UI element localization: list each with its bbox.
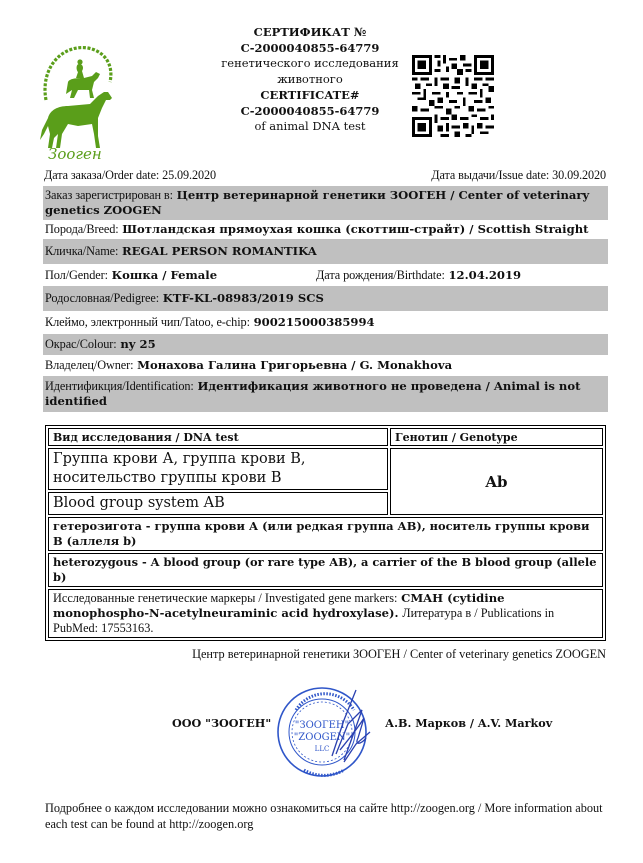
certificate-title-en: CERTIFICATE#: [205, 88, 415, 104]
birthdate-label: Дата рождения/Birthdate:: [316, 268, 445, 282]
colour-label: Окрас/Colour:: [45, 337, 117, 351]
qr-code: [412, 55, 494, 137]
name-value: REGAL PERSON ROMANTIKA: [122, 244, 317, 258]
pedigree-label: Родословная/Pedigree:: [45, 291, 159, 305]
gender: Пол/Gender: Кошка / Female: [45, 268, 217, 282]
order-date-label: Дата заказа/Order date:: [44, 168, 159, 182]
column-header-dna-test: Вид исследования / DNA test: [48, 428, 388, 446]
identification-label: Идентификция/Identification:: [45, 379, 194, 393]
result-en: heterozygous - A blood group (or rare ty…: [48, 553, 603, 587]
gender-value: Кошка / Female: [112, 268, 217, 282]
gender-label: Пол/Gender:: [45, 268, 108, 282]
registered-label: Заказ зарегистрирован в:: [45, 188, 173, 202]
qr-code-icon: [412, 55, 494, 137]
markers-label: Исследованные генетические маркеры / Inv…: [53, 591, 397, 605]
certificate-title-block: СЕРТИФИКАТ № C-2000040855-64779 генетиче…: [205, 25, 415, 135]
test-name-ru: Группа крови А, группа крови В, носитель…: [48, 448, 388, 490]
birthdate-value: 12.04.2019: [448, 268, 521, 282]
issue-date-label: Дата выдачи/Issue date:: [431, 168, 549, 182]
gene-markers: Исследованные генетические маркеры / Inv…: [48, 589, 603, 638]
table-row: гетерозигота - группа крови А (или редка…: [48, 517, 603, 551]
certificate-number-en: C-2000040855-64779: [205, 104, 415, 120]
issue-date-value: 30.09.2020: [552, 168, 606, 182]
center-name: Центр ветеринарной генетики ЗООГЕН / Cen…: [192, 647, 606, 662]
certificate-title-ru: СЕРТИФИКАТ №: [205, 25, 415, 41]
info-row-name: Кличка/Name: REGAL PERSON ROMANTIKA: [43, 239, 608, 264]
company-stamp-icon: "ЗООГЕН" "ZOOGEN" LLC: [274, 680, 380, 780]
certificate-number-ru: C-2000040855-64779: [205, 41, 415, 57]
name-label: Кличка/Name:: [45, 244, 118, 258]
zoogen-logo: Зоогeн: [32, 38, 124, 160]
order-date: Дата заказа/Order date: 25.09.2020: [44, 167, 216, 183]
animal-info: Заказ зарегистрирован в: Центр ветеринар…: [43, 186, 608, 412]
test-name-en: Blood group system AB: [48, 492, 388, 515]
company-stamp: "ЗООГЕН" "ZOOGEN" LLC: [274, 680, 380, 780]
breed-label: Порода/Breed:: [45, 222, 119, 236]
genotype-value: Ab: [390, 448, 603, 515]
certificate-subtitle-ru-1: генетического исследования: [205, 56, 415, 72]
order-date-value: 25.09.2020: [162, 168, 216, 182]
certificate-subtitle-ru-2: животного: [205, 72, 415, 88]
signer-name: А.В. Марков / A.V. Markov: [385, 716, 552, 730]
info-row-colour: Окрас/Colour: ny 25: [43, 334, 608, 355]
info-row-registered: Заказ зарегистрирован в: Центр ветеринар…: [43, 186, 608, 220]
result-ru: гетерозигота - группа крови А (или редка…: [48, 517, 603, 551]
svg-text:LLC: LLC: [315, 745, 330, 753]
breed-value: Шотландская прямоухая кошка (скоттиш-стр…: [122, 222, 588, 236]
table-row: heterozygous - A blood group (or rare ty…: [48, 553, 603, 587]
owner-value: Монахова Галина Григорьевна / G. Monakho…: [137, 358, 452, 372]
table-header-row: Вид исследования / DNA test Генотип / Ge…: [48, 428, 603, 446]
zoogen-horse-logo-icon: Зоогeн: [32, 38, 124, 160]
column-header-genotype: Генотип / Genotype: [390, 428, 603, 446]
issue-date: Дата выдачи/Issue date: 30.09.2020: [431, 167, 606, 183]
svg-text:Зоогeн: Зоогeн: [48, 145, 102, 160]
table-row: Группа крови А, группа крови В, носитель…: [48, 448, 603, 490]
info-row-owner: Владелец/Owner: Монахова Галина Григорье…: [43, 355, 608, 376]
owner-label: Владелец/Owner:: [45, 358, 133, 372]
chip-value: 900215000385994: [254, 315, 375, 329]
more-info-text: Подробнее о каждом исследовании можно оз…: [45, 800, 605, 832]
colour-value: ny 25: [120, 337, 155, 351]
pedigree-value: KTF-KL-08983/2019 SCS: [163, 291, 324, 305]
info-row-identification: Идентификция/Identification: Идентификац…: [43, 376, 608, 412]
info-row-gender-birthdate: Пол/Gender: Кошка / Female Дата рождения…: [43, 264, 608, 286]
info-row-chip: Клеймо, электронный чип/Tatoo, e-chip: 9…: [43, 311, 608, 334]
info-row-pedigree: Родословная/Pedigree: KTF-KL-08983/2019 …: [43, 286, 608, 311]
dna-test-table: Вид исследования / DNA test Генотип / Ge…: [45, 425, 606, 641]
dates-row: Дата заказа/Order date: 25.09.2020 Дата …: [44, 167, 608, 185]
certificate-subtitle-en: of animal DNA test: [205, 119, 415, 135]
company-name: ООО "ЗООГЕН": [172, 716, 271, 730]
info-row-breed: Порода/Breed: Шотландская прямоухая кошк…: [43, 220, 608, 239]
svg-text:"ZOOGEN": "ZOOGEN": [294, 732, 351, 743]
birthdate: Дата рождения/Birthdate: 12.04.2019: [316, 268, 521, 283]
chip-label: Клеймо, электронный чип/Tatoo, e-chip:: [45, 315, 250, 329]
table-row: Исследованные генетические маркеры / Inv…: [48, 589, 603, 638]
